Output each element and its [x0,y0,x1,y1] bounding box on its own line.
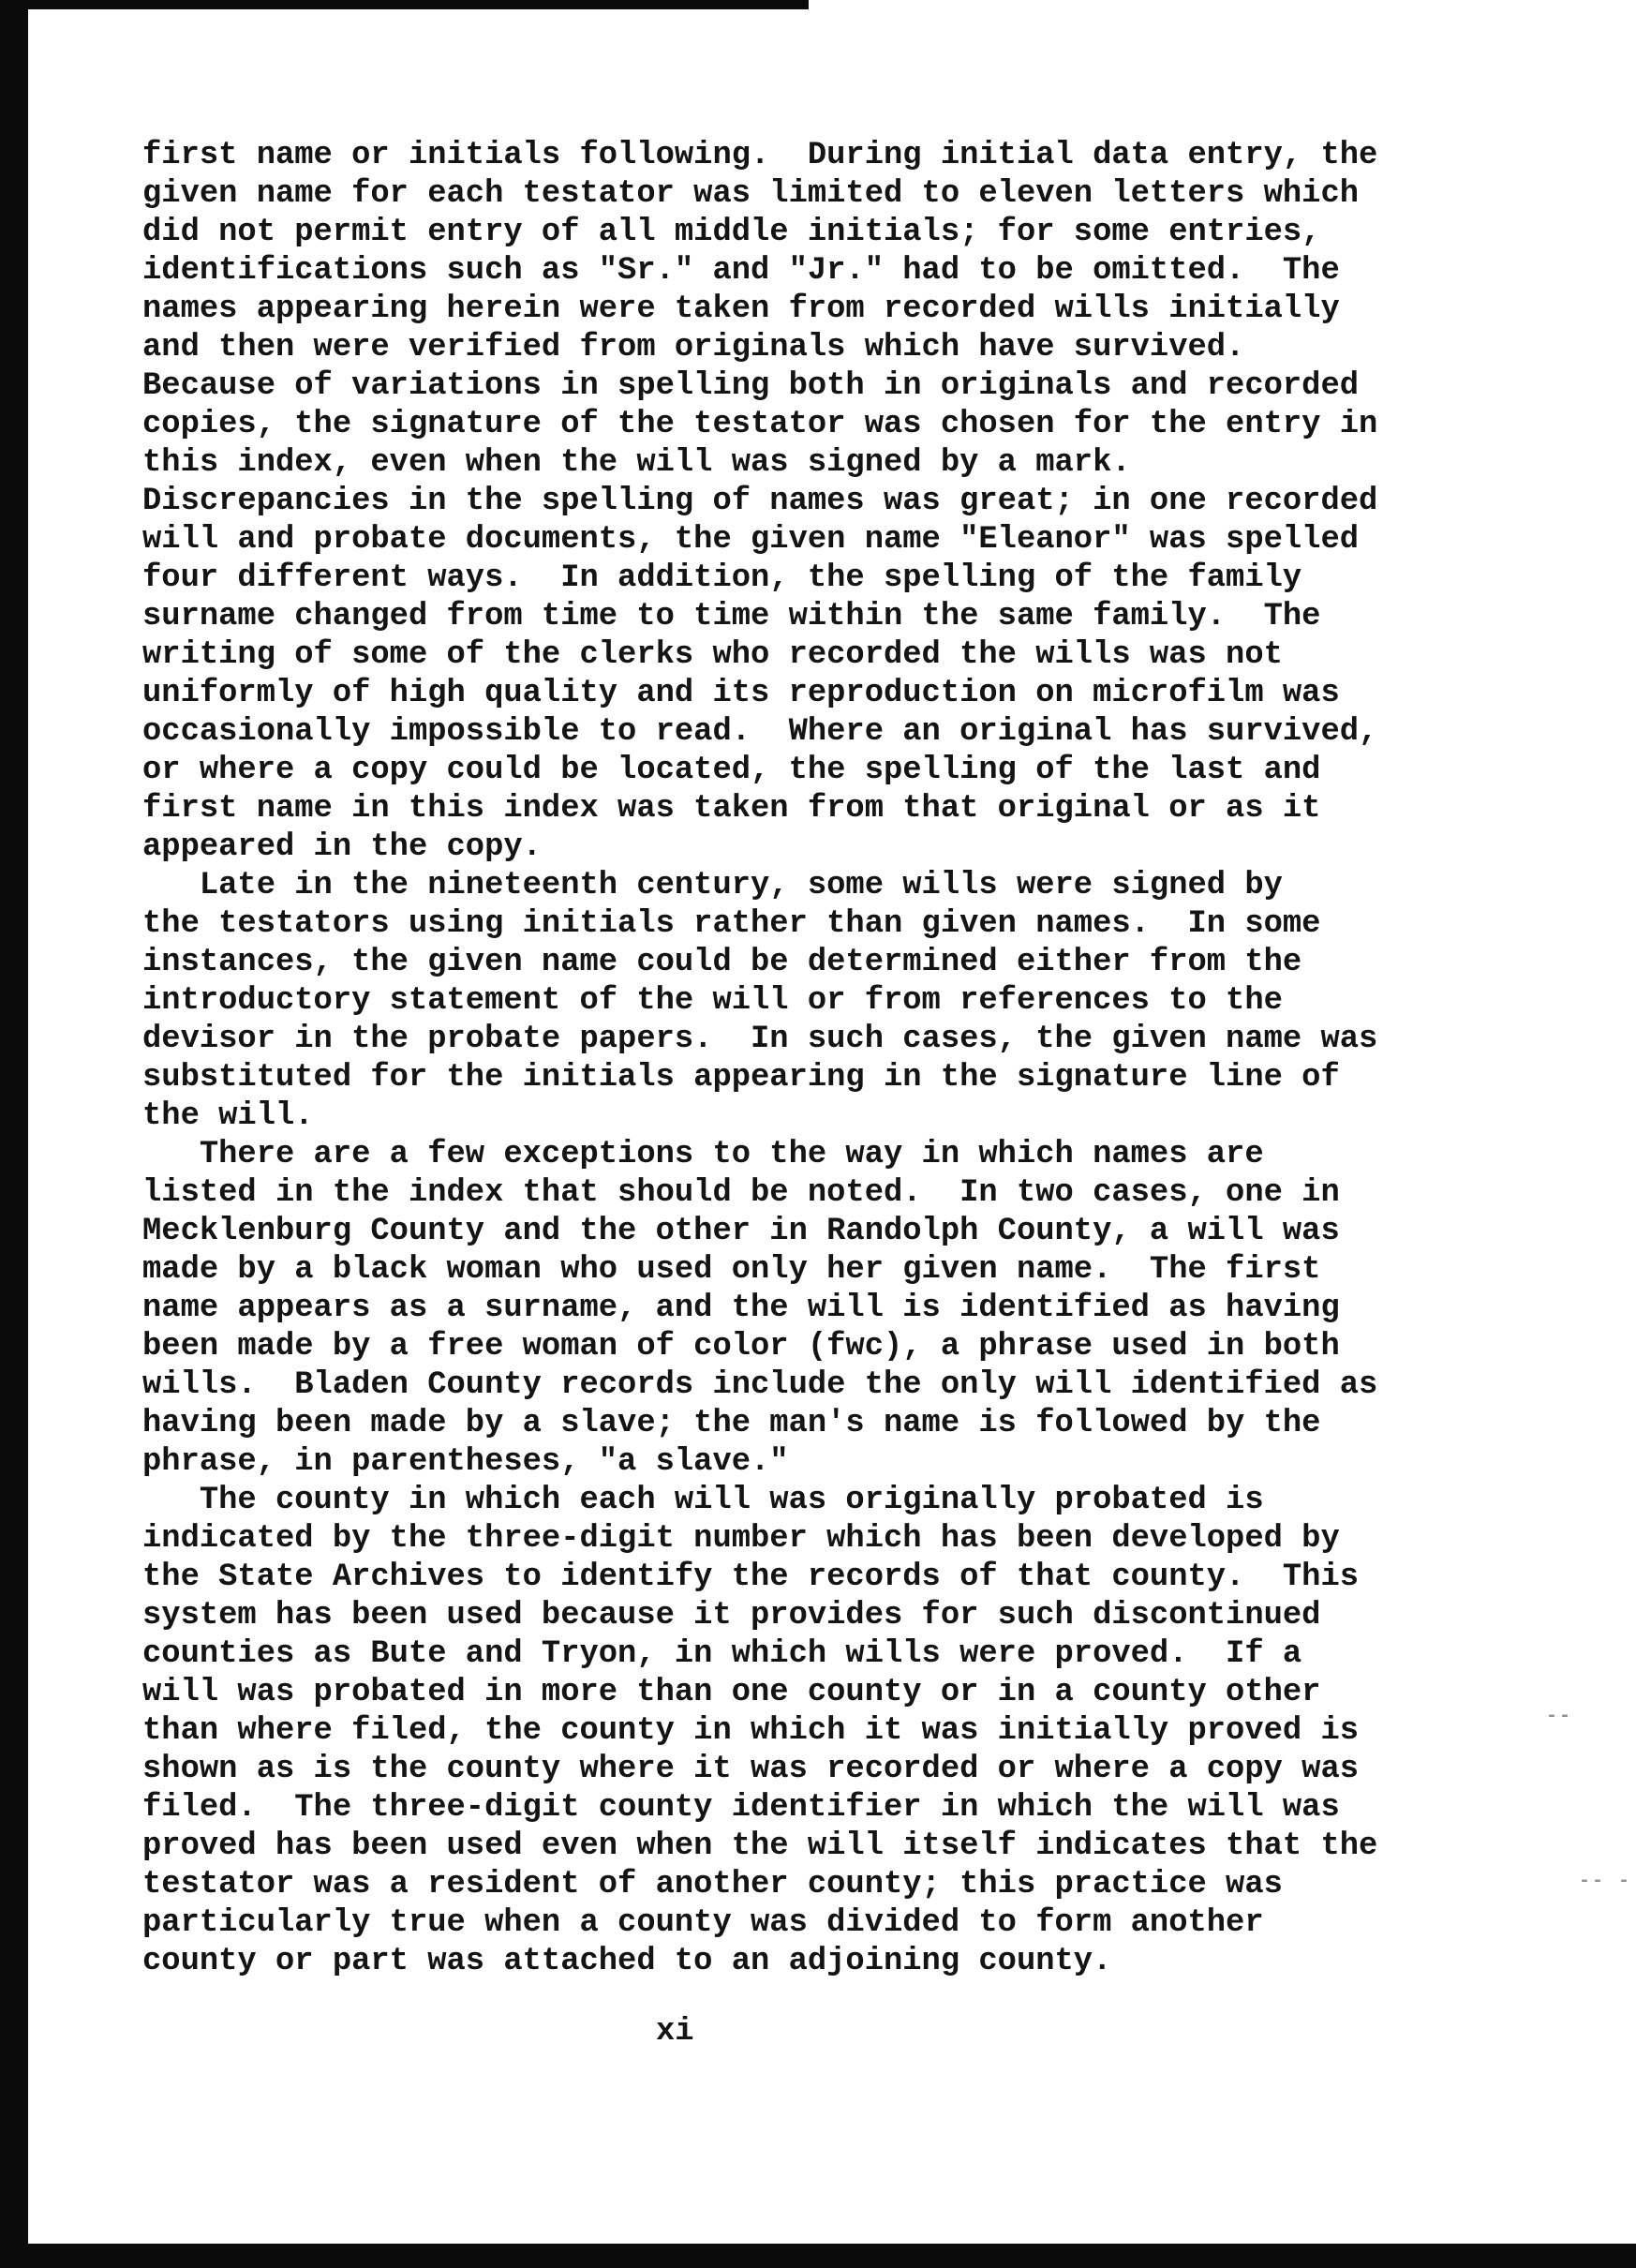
paragraph-2: Late in the nineteenth century, some wil… [142,867,1422,1136]
paragraph-1: first name or initials following. During… [142,137,1422,867]
scan-edge-top [0,0,809,9]
scan-edge-bottom [0,2244,1636,2268]
body-text: first name or initials following. During… [142,137,1422,1981]
paragraph-4: The county in which each will was origin… [142,1482,1422,1981]
scan-edge-left [0,0,28,2268]
scanned-document-page: first name or initials following. During… [0,0,1636,2268]
page-number: xi [656,2013,694,2052]
paragraph-3: There are a few exceptions to the way in… [142,1136,1422,1482]
scan-artifact-dash: -- - [1579,1873,1631,1891]
scan-artifact-dash: -- [1546,1708,1572,1726]
